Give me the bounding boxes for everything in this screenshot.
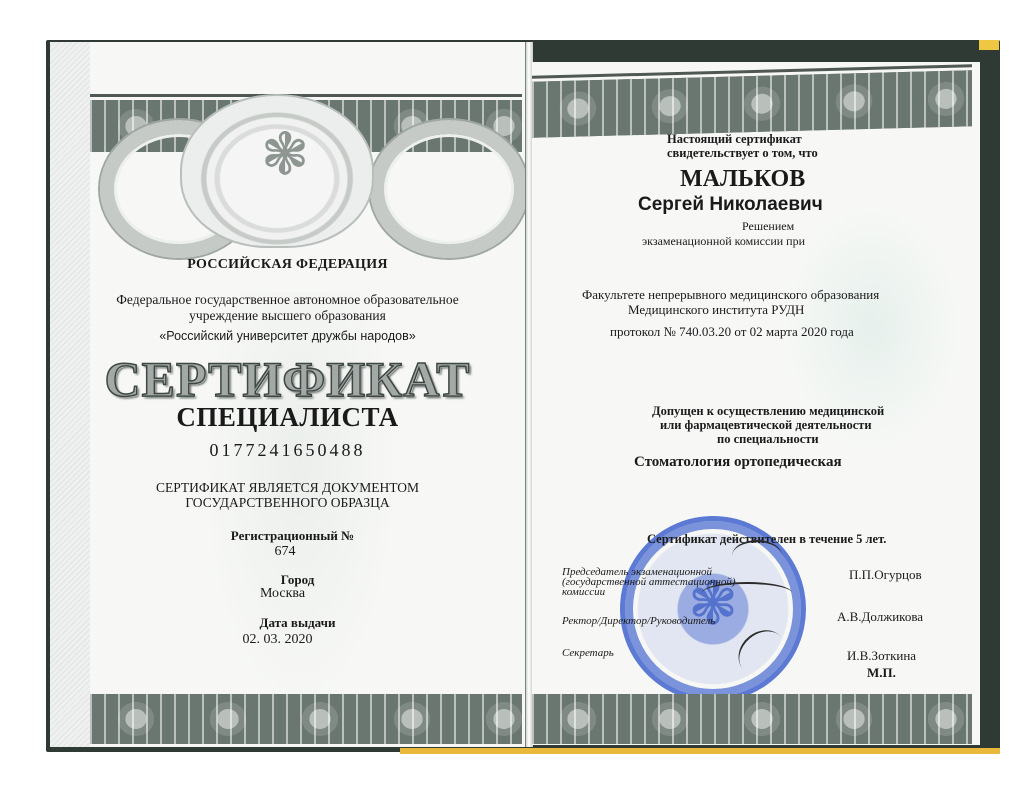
chair-label-line-3: комиссии (562, 586, 605, 598)
admission-line-3: по специальности (717, 432, 819, 447)
holder-surname: МАЛЬКОВ (680, 166, 805, 193)
chair-name: П.П.Огурцов (849, 567, 922, 583)
city-value: Москва (50, 586, 525, 602)
guilloche-band-bottom (532, 694, 972, 744)
registration-value: 674 (50, 544, 525, 560)
protocol-reference: протокол № 740.03.20 от 02 марта 2020 го… (610, 324, 854, 340)
cover-edge (400, 748, 1000, 754)
intro-line-1: Настоящий сертификат (667, 132, 802, 147)
institute-name: Медицинского института РУДН (628, 302, 804, 318)
registration-label: Регистрационный № (60, 528, 525, 544)
holder-given-names: Сергей Николаевич (638, 194, 823, 216)
specialty: Стоматология ортопедическая (634, 454, 842, 471)
cover-corner (979, 40, 999, 50)
university-name: «Российский университет дружбы народов» (50, 329, 525, 343)
faculty-name: Факультете непрерывного медицинского обр… (582, 287, 879, 303)
country-heading: РОССИЙСКАЯ ФЕДЕРАЦИЯ (50, 257, 525, 273)
rector-name: А.В.Должикова (837, 609, 923, 625)
guilloche-band-top (532, 70, 972, 138)
certificate-right-page: Настоящий сертификат свидетельствует о т… (532, 62, 980, 745)
guilloche-band-bottom (90, 694, 522, 744)
document-status-line-2: ГОСУДАРСТВЕННОГО ОБРАЗЦА (50, 495, 525, 511)
intro-line-2: свидетельствует о том, что (667, 146, 818, 161)
certificate-subtitle: СПЕЦИАЛИСТА (50, 402, 525, 433)
decision-line-2: экзаменационной комиссии при (642, 234, 805, 249)
secretary-name: И.В.Зоткина (847, 648, 916, 664)
issue-date-label: Дата выдачи (70, 615, 525, 631)
rector-label: Ректор/Директор/Руководитель (562, 615, 715, 627)
seal-mark: М.П. (867, 665, 896, 681)
secretary-label: Секретарь (562, 647, 614, 659)
signature-chair (732, 540, 782, 572)
certificate-number: 0177241650488 (50, 440, 525, 461)
organization-line-2: учреждение высшего образования (50, 308, 525, 324)
signature-rector (702, 582, 792, 604)
issue-date-value: 02. 03. 2020 (50, 632, 525, 648)
certificate-title: СЕРТИФИКАТ (50, 350, 525, 408)
coat-of-arms-icon: ❃ (250, 117, 320, 192)
certificate-left-page: ❃ РОССИЙСКАЯ ФЕДЕРАЦИЯ Федеральное госуд… (50, 42, 525, 747)
document-status-line-1: СЕРТИФИКАТ ЯВЛЯЕТСЯ ДОКУМЕНТОМ (50, 480, 525, 496)
admission-line-1: Допущен к осуществлению медицинской (652, 404, 884, 419)
decision-line-1: Решением (742, 219, 794, 234)
organization-line-1: Федеральное государственное автономное о… (50, 292, 525, 308)
admission-line-2: или фармацевтической деятельности (660, 418, 872, 433)
ornament-knot-right (370, 120, 525, 258)
